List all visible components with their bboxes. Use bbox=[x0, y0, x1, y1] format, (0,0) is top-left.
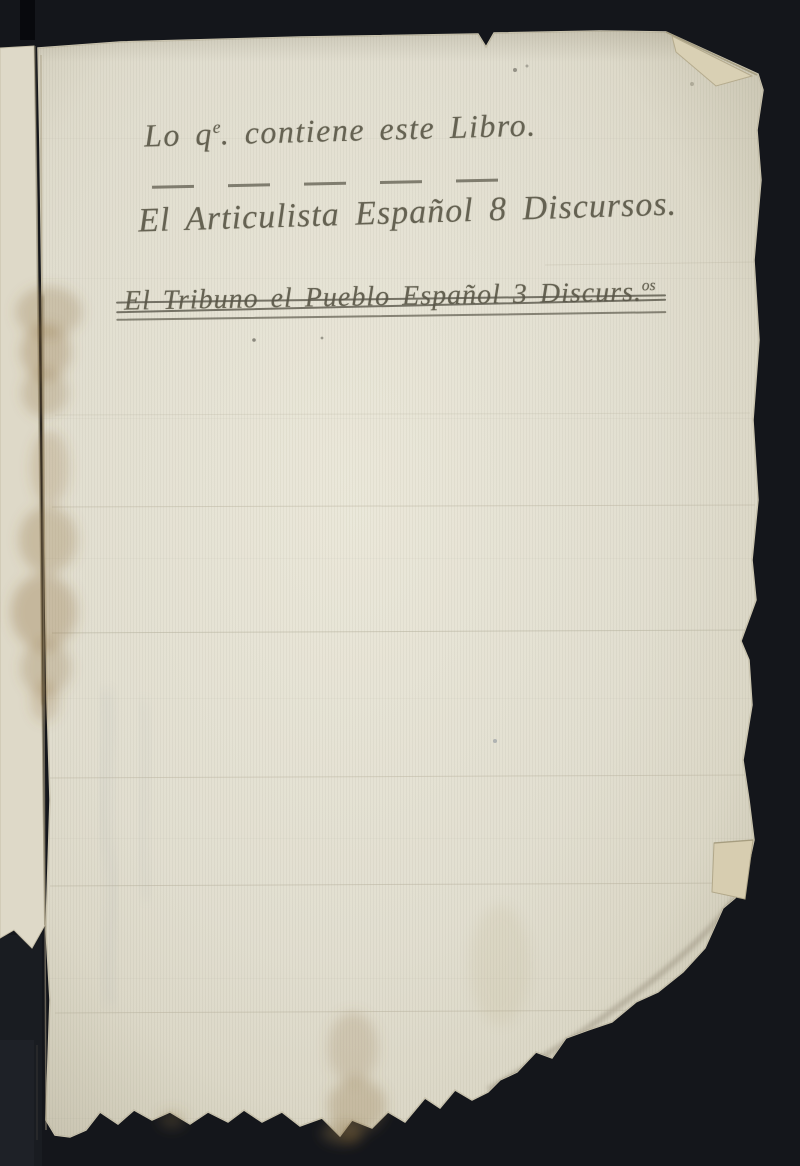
manuscript-scan: Lo qe. contiene este Libro. El Articulis… bbox=[0, 0, 800, 1166]
heading-text-rest: . contiene este Libro. bbox=[220, 107, 537, 152]
handwriting-layer: Lo qe. contiene este Libro. El Articulis… bbox=[0, 0, 800, 1166]
dashed-underline bbox=[152, 178, 514, 189]
entry-articulista-text: El Articulista Español 8 Discursos. bbox=[138, 186, 678, 240]
entry-articulista: El Articulista Español 8 Discursos. bbox=[138, 186, 678, 241]
entry-tribuno-struck: El Tribuno el Pueblo Español 3 Discurs.o… bbox=[124, 276, 656, 317]
manuscript-heading: Lo qe. contiene este Libro. bbox=[144, 107, 538, 155]
heading-text: Lo q bbox=[144, 116, 214, 154]
entry-tribuno-superscript: os bbox=[642, 277, 656, 294]
